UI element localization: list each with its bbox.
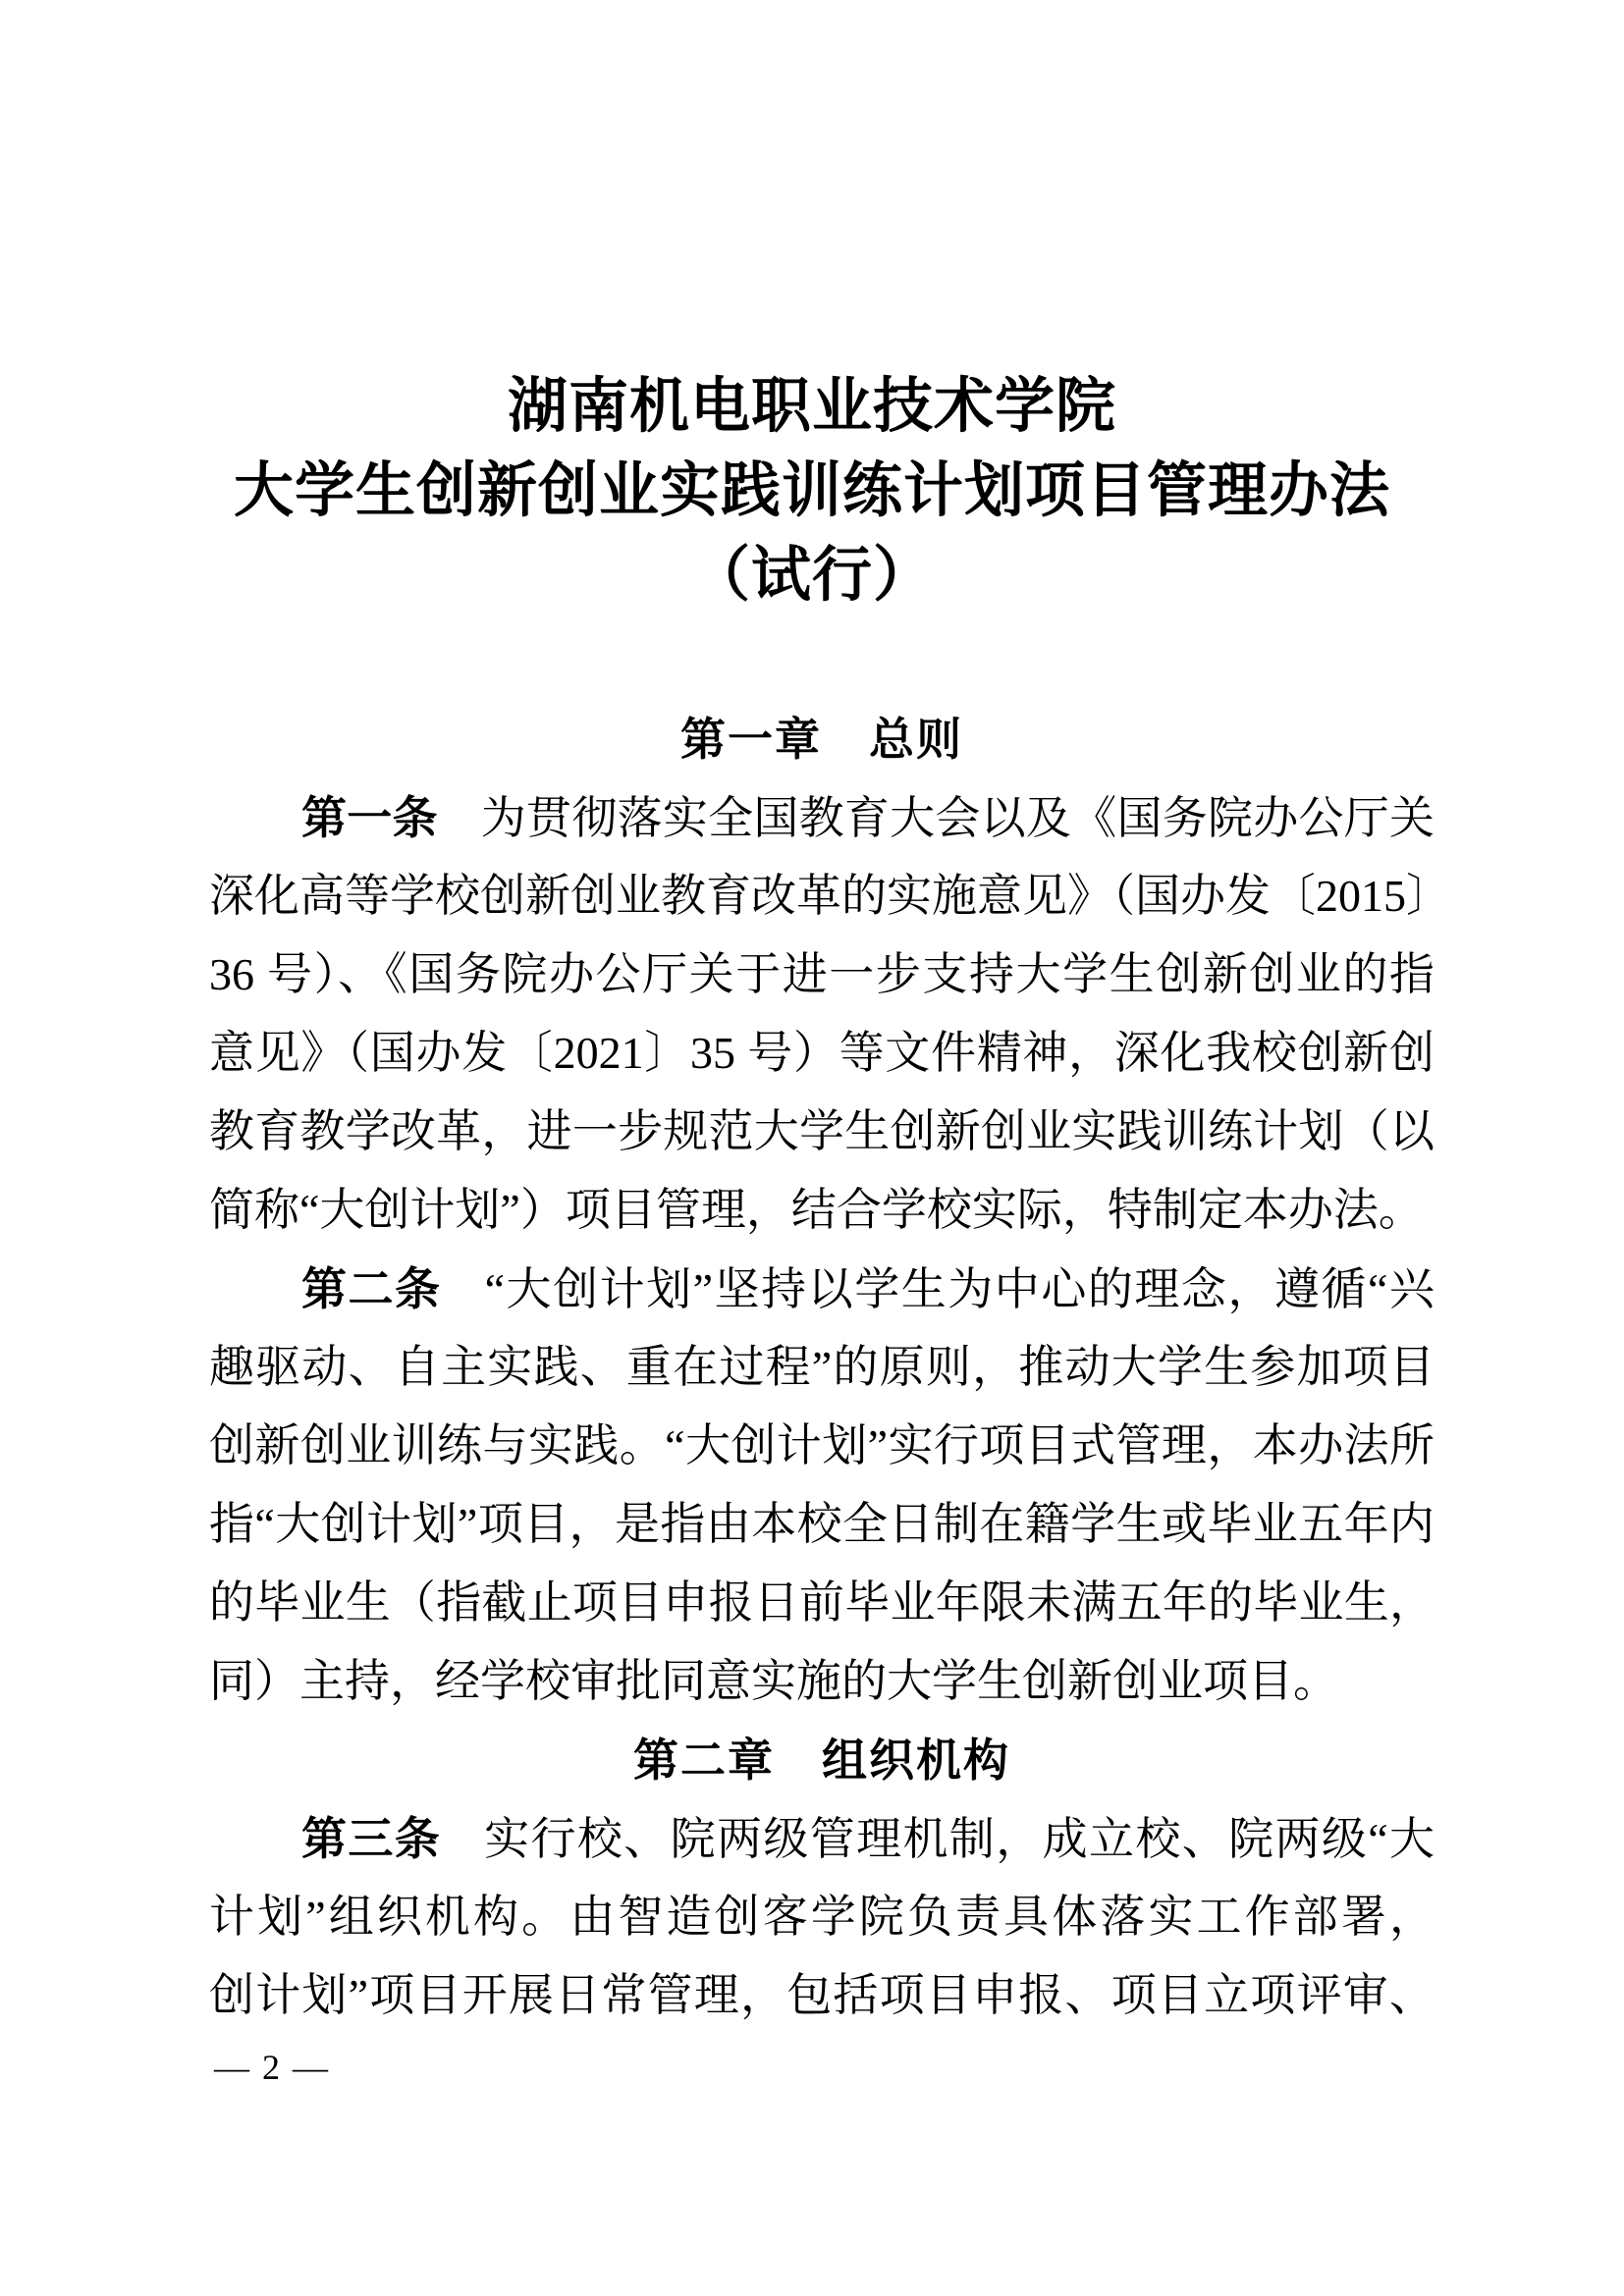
article-3-label: 第三条 [301, 1813, 441, 1864]
chapter-1-heading: 第一章 总则 [209, 700, 1435, 778]
paragraph-line: 意见》（国办发〔2021〕35 号）等文件精神，深化我校创新创业 [209, 1014, 1435, 1093]
doc-title-line-1: 湖南机电职业技术学院 [0, 365, 1624, 450]
article-3-line: 第三条实行校、院两级管理机制，成立校、院两级“大创 [209, 1799, 1435, 1878]
paragraph-line: 指“大创计划”项目，是指由本校全日制在籍学生或毕业五年内 [209, 1485, 1435, 1564]
paragraph-line: 的毕业生（指截止项目申报日前毕业年限未满五年的毕业生，下 [209, 1564, 1435, 1642]
chapter-2-heading: 第二章 组织机构 [209, 1721, 1435, 1799]
document-page: 湖南机电职业技术学院 大学生创新创业实践训练计划项目管理办法 （试行） 第一章 … [0, 0, 1624, 2296]
paragraph-line: 计划”组织机构。由智造创客学院负责具体落实工作部署，对“大 [209, 1878, 1435, 1956]
article-2-text: “大创计划”坚持以学生为中心的理念，遵循“兴 [485, 1264, 1435, 1314]
paragraph-line: 教育教学改革，进一步规范大学生创新创业实践训练计划（以下 [209, 1093, 1435, 1171]
article-2-label: 第二条 [301, 1263, 442, 1314]
article-3-text: 实行校、院两级管理机制，成立校、院两级“大创 [301, 1814, 1435, 1878]
article-2-line: 第二条“大创计划”坚持以学生为中心的理念，遵循“兴 [209, 1250, 1435, 1328]
article-1-text: 为贯彻落实全国教育大会以及《国务院办公厅关于 [301, 793, 1435, 857]
paragraph-line: 简称“大创计划”）项目管理，结合学校实际，特制定本办法。 [209, 1171, 1435, 1250]
paragraph-line: 深化高等学校创新创业教育改革的实施意见》（国办发〔2015〕 [209, 857, 1435, 935]
paragraph-line: 同）主持，经学校审批同意实施的大学生创新创业项目。 [209, 1642, 1435, 1721]
paragraph-line: 趣驱动、自主实践、重在过程”的原则，推动大学生参加项目式 [209, 1328, 1435, 1407]
page-number: — 2 — [214, 2048, 330, 2087]
article-1-line: 第一条为贯彻落实全国教育大会以及《国务院办公厅关于 [209, 778, 1435, 857]
paragraph-line: 36 号）、《国务院办公厅关于进一步支持大学生创新创业的指导 [209, 935, 1435, 1014]
doc-title-line-2: 大学生创新创业实践训练计划项目管理办法 [0, 450, 1624, 534]
doc-title-line-3: （试行） [0, 534, 1624, 618]
paragraph-line: 创新创业训练与实践。“大创计划”实行项目式管理，本办法所 [209, 1407, 1435, 1485]
doc-title: 湖南机电职业技术学院 大学生创新创业实践训练计划项目管理办法 （试行） [0, 365, 1624, 618]
article-1-label: 第一条 [301, 792, 438, 843]
paragraph-line: 创计划”项目开展日常管理，包括项目申报、项目立项评审、项 [209, 1956, 1435, 2035]
